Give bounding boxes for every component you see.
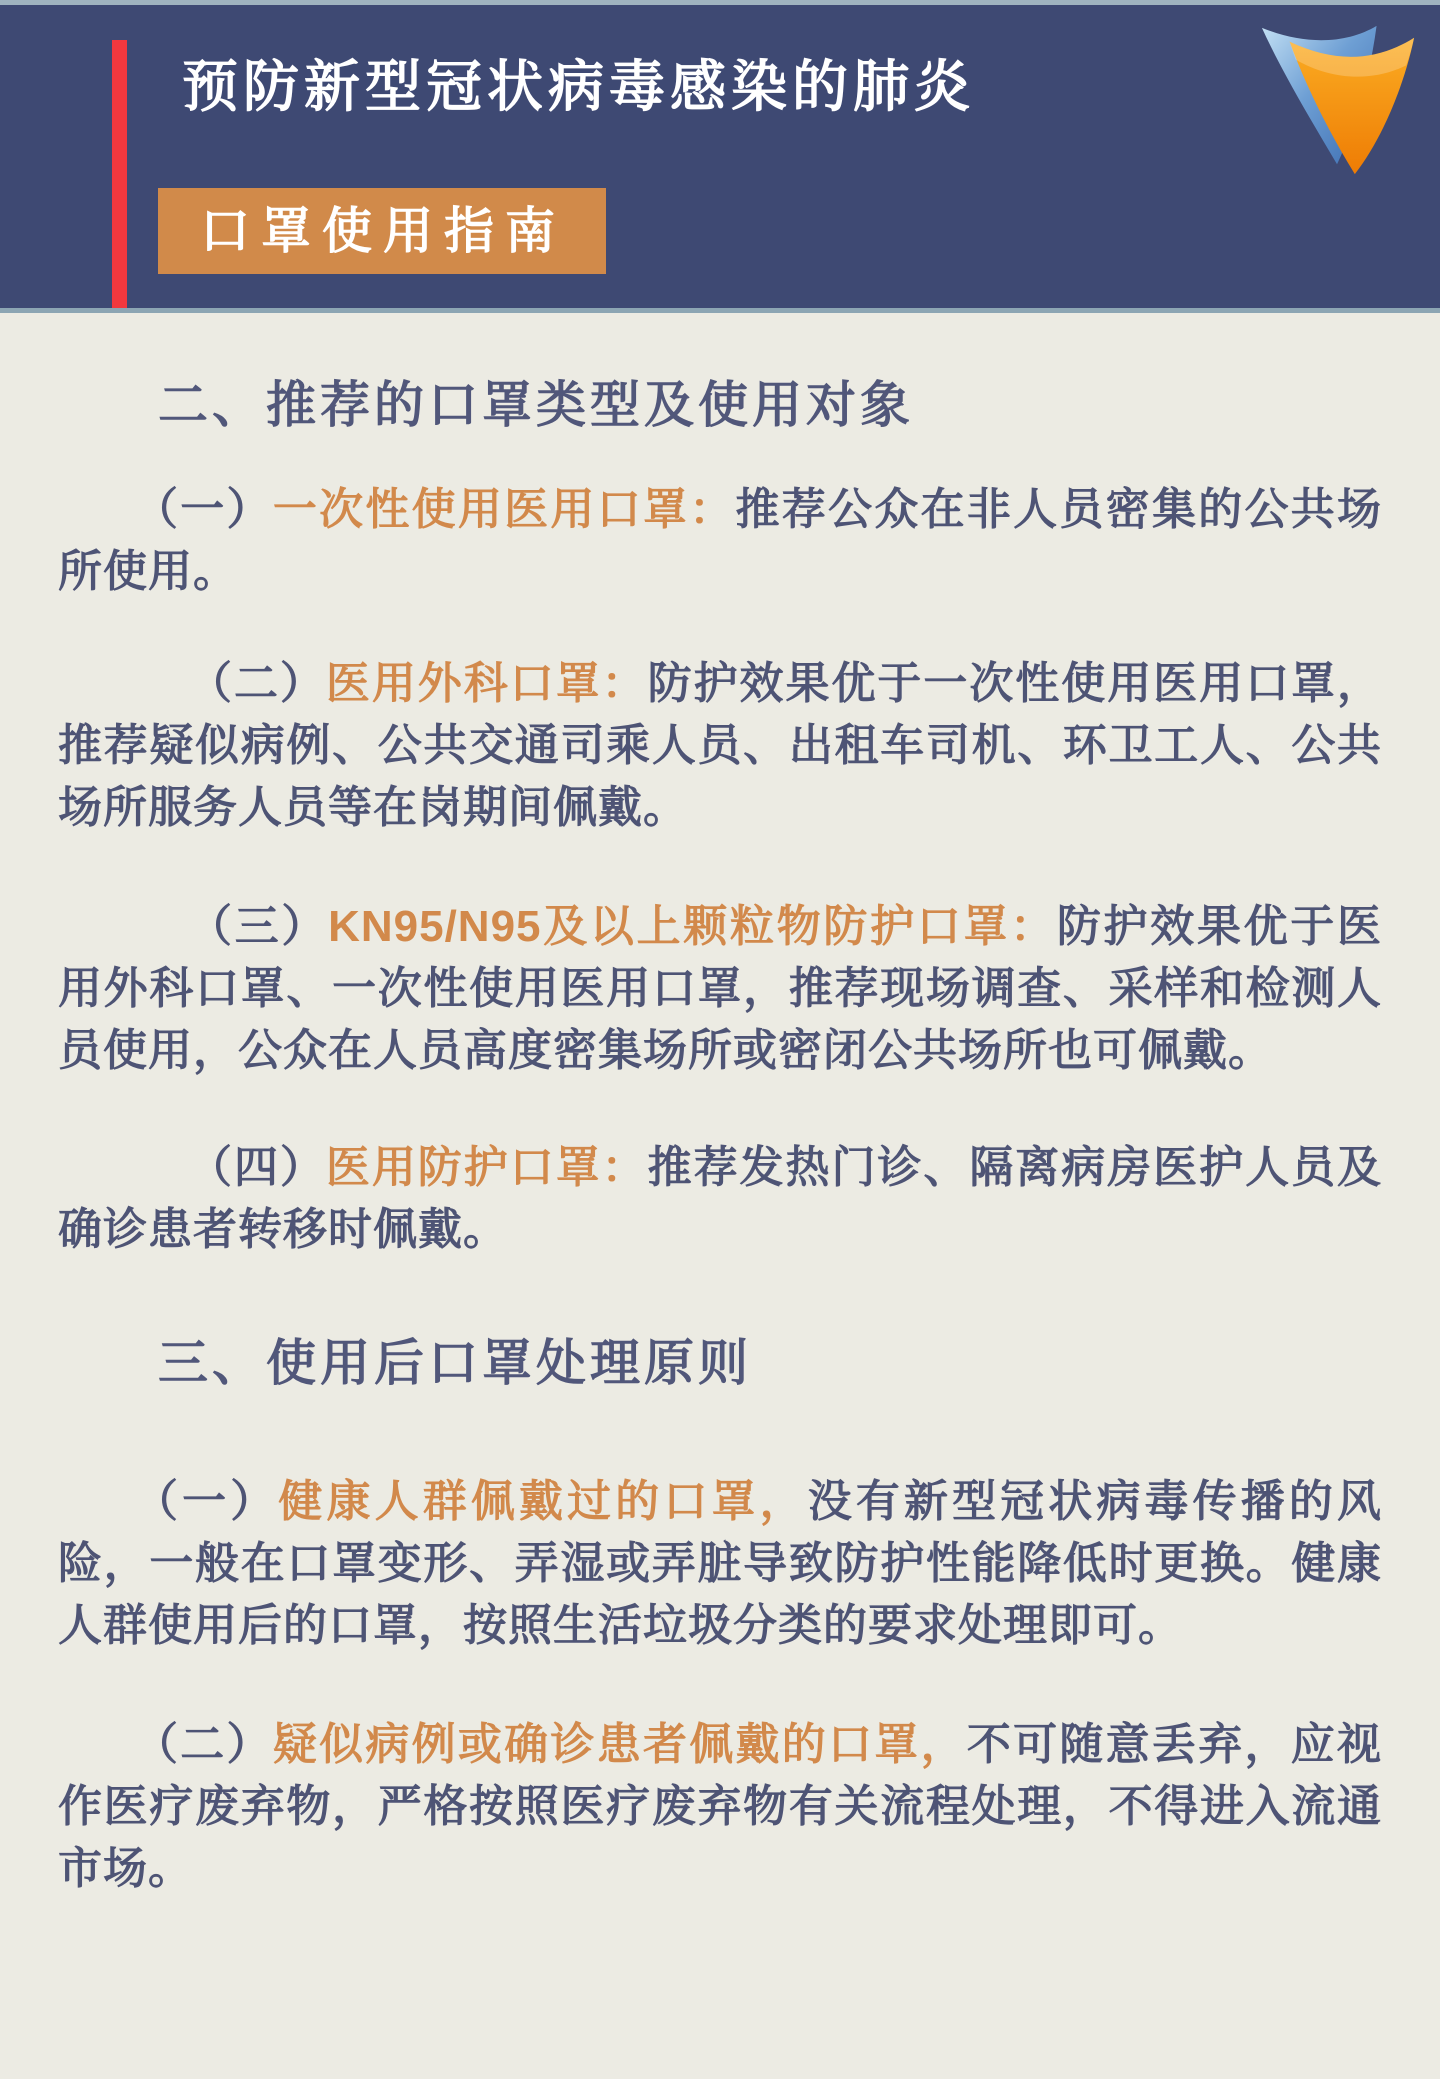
item-term: KN95/N95及以上颗粒物防护口罩： [328,902,1057,951]
list-item-suspected-disposal: （二）疑似病例或确诊患者佩戴的口罩，不可随意丢弃，应视作医疗废弃物，严格按照医疗… [58,1714,1382,1900]
poster-header: 预防新型冠状病毒感染的肺炎 口罩使用指南 [0,5,1440,308]
item-term: 健康人群佩戴过的口罩， [278,1477,807,1526]
item-term: 疑似病例或确诊患者佩戴的口罩， [273,1720,967,1769]
content-area: 二、推荐的口罩类型及使用对象 （一）一次性使用医用口罩：推荐公众在非人员密集的公… [0,313,1440,1900]
list-item-surgical-mask: （二）医用外科口罩：防护效果优于一次性使用医用口罩，推荐疑似病例、公共交通司乘人… [58,653,1382,839]
list-item-healthy-disposal: （一）健康人群佩戴过的口罩，没有新型冠状病毒传播的风险，一般在口罩变形、弄湿或弄… [58,1471,1382,1657]
section-heading-disposal: 三、使用后口罩处理原则 [58,1333,1382,1393]
item-term: 医用外科口罩： [326,659,648,708]
triangle-pennant-logo-icon [1256,19,1424,177]
item-term: 一次性使用医用口罩： [273,485,736,534]
item-number: （四） [188,1143,326,1192]
list-item-protective-mask: （四）医用防护口罩：推荐发热门诊、隔离病房医护人员及确诊患者转移时佩戴。 [58,1137,1382,1261]
item-number: （一） [134,1477,278,1526]
item-number: （二） [134,1720,273,1769]
list-item-kn95-mask: （三）KN95/N95及以上颗粒物防护口罩：防护效果优于医用外科口罩、一次性使用… [58,896,1382,1082]
item-number: （二） [188,659,326,708]
page-title: 预防新型冠状病毒感染的肺炎 [182,43,975,123]
item-number: （三） [188,902,328,951]
item-number: （一） [134,485,273,534]
guide-badge: 口罩使用指南 [158,188,606,274]
red-accent-bar [112,40,127,308]
item-term: 医用防护口罩： [326,1143,648,1192]
section-heading-mask-types: 二、推荐的口罩类型及使用对象 [58,375,1382,435]
list-item-disposable-mask: （一）一次性使用医用口罩：推荐公众在非人员密集的公共场所使用。 [58,479,1382,603]
